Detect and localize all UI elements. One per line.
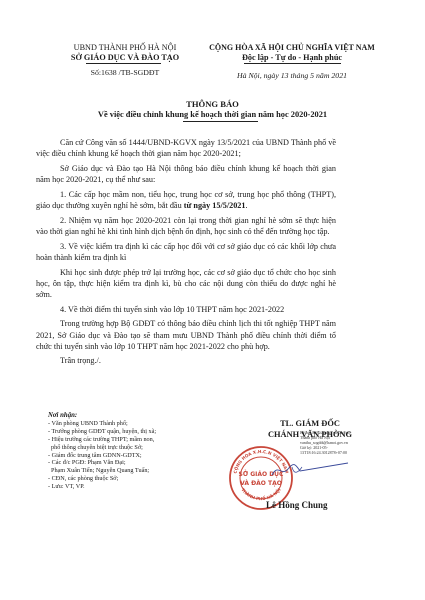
document-body: Căn cứ Công văn số 1444/UBND-KGVX ngày 1… — [36, 137, 336, 370]
document-subject: Về việc điều chỉnh khung kế hoạch thời g… — [0, 110, 425, 119]
item-3: 3. Về việc kiểm tra định kì các cấp học … — [36, 241, 336, 263]
recipient-item: - Giám đốc trung tâm GDNN-GDTX; — [48, 452, 208, 460]
recipient-item: - Lưu: VT, VP. — [48, 483, 208, 491]
item-2: 2. Nhiệm vụ năm học 2020-2021 còn lại tr… — [36, 215, 336, 237]
digital-signature-info: Ký bởi Sở Giáo dục và Đào tạo Thành phố … — [300, 430, 350, 455]
document-type-title: THÔNG BÁO — [0, 99, 425, 109]
recipient-item: phổ thông chuyên biệt trực thuộc Sở; — [48, 444, 208, 452]
closing: Trân trọng./. — [36, 355, 336, 366]
motto-underline — [244, 63, 341, 64]
place-date: Hà Nội, ngày 13 tháng 5 năm 2021 — [192, 71, 392, 81]
legal-basis-paragraph: Căn cứ Công văn số 1444/UBND-KGVX ngày 1… — [36, 137, 336, 159]
recipient-item: - Văn phòng UBND Thành phố; — [48, 420, 208, 428]
recipients-title: Nơi nhận: — [48, 412, 208, 420]
subject-underline — [183, 121, 258, 122]
digital-signature-line: 13T18:16:24.3012878+07:00 — [300, 450, 350, 455]
item-1-end: . — [246, 201, 248, 210]
item-1-date: từ ngày 15/5/2021 — [184, 201, 246, 210]
recipient-item: - Hiệu trưởng các trường THPT; mầm non, — [48, 436, 208, 444]
item-3-detail: Khi học sinh được phép trở lại trường họ… — [36, 267, 336, 301]
national-motto: Độc lập - Tự do - Hạnh phúc — [192, 53, 392, 63]
item-4: 4. Về thời điểm thi tuyển sinh vào lớp 1… — [36, 304, 336, 315]
department-underline — [86, 63, 161, 64]
document-number: Số:1638 /TB-SGDĐT — [55, 68, 195, 78]
recipients-block: Nơi nhận: - Văn phòng UBND Thành phố; - … — [48, 412, 208, 491]
item-1: 1. Các cấp học mầm non, tiểu học, trung … — [36, 189, 336, 211]
national-title: CỘNG HÒA XÃ HỘI CHỦ NGHĨA VIỆT NAM — [192, 43, 392, 53]
intro-paragraph: Sở Giáo dục và Đào tạo Hà Nội thông báo … — [36, 163, 336, 185]
recipient-item: - CĐN, các phòng thuộc Sở; — [48, 475, 208, 483]
issuing-department: SỞ GIÁO DỤC VÀ ĐÀO TẠO — [55, 53, 195, 63]
signature-title-1: TL. GIÁM ĐỐC — [255, 419, 365, 430]
item-4-detail: Trong trường hợp Bộ GDĐT có thông báo đi… — [36, 318, 336, 352]
handwritten-signature-icon — [270, 455, 350, 485]
signer-name: Lê Hồng Chung — [266, 500, 328, 510]
issuing-authority: UBND THÀNH PHỐ HÀ NỘI — [55, 43, 195, 53]
recipient-item: - Các đ/c PGĐ: Phạm Văn Đại; — [48, 459, 208, 467]
recipient-item: Phạm Xuân Tiến; Nguyễn Quang Tuấn; — [48, 467, 208, 475]
recipient-item: - Trưởng phòng GDĐT quận, huyện, thị xã; — [48, 428, 208, 436]
